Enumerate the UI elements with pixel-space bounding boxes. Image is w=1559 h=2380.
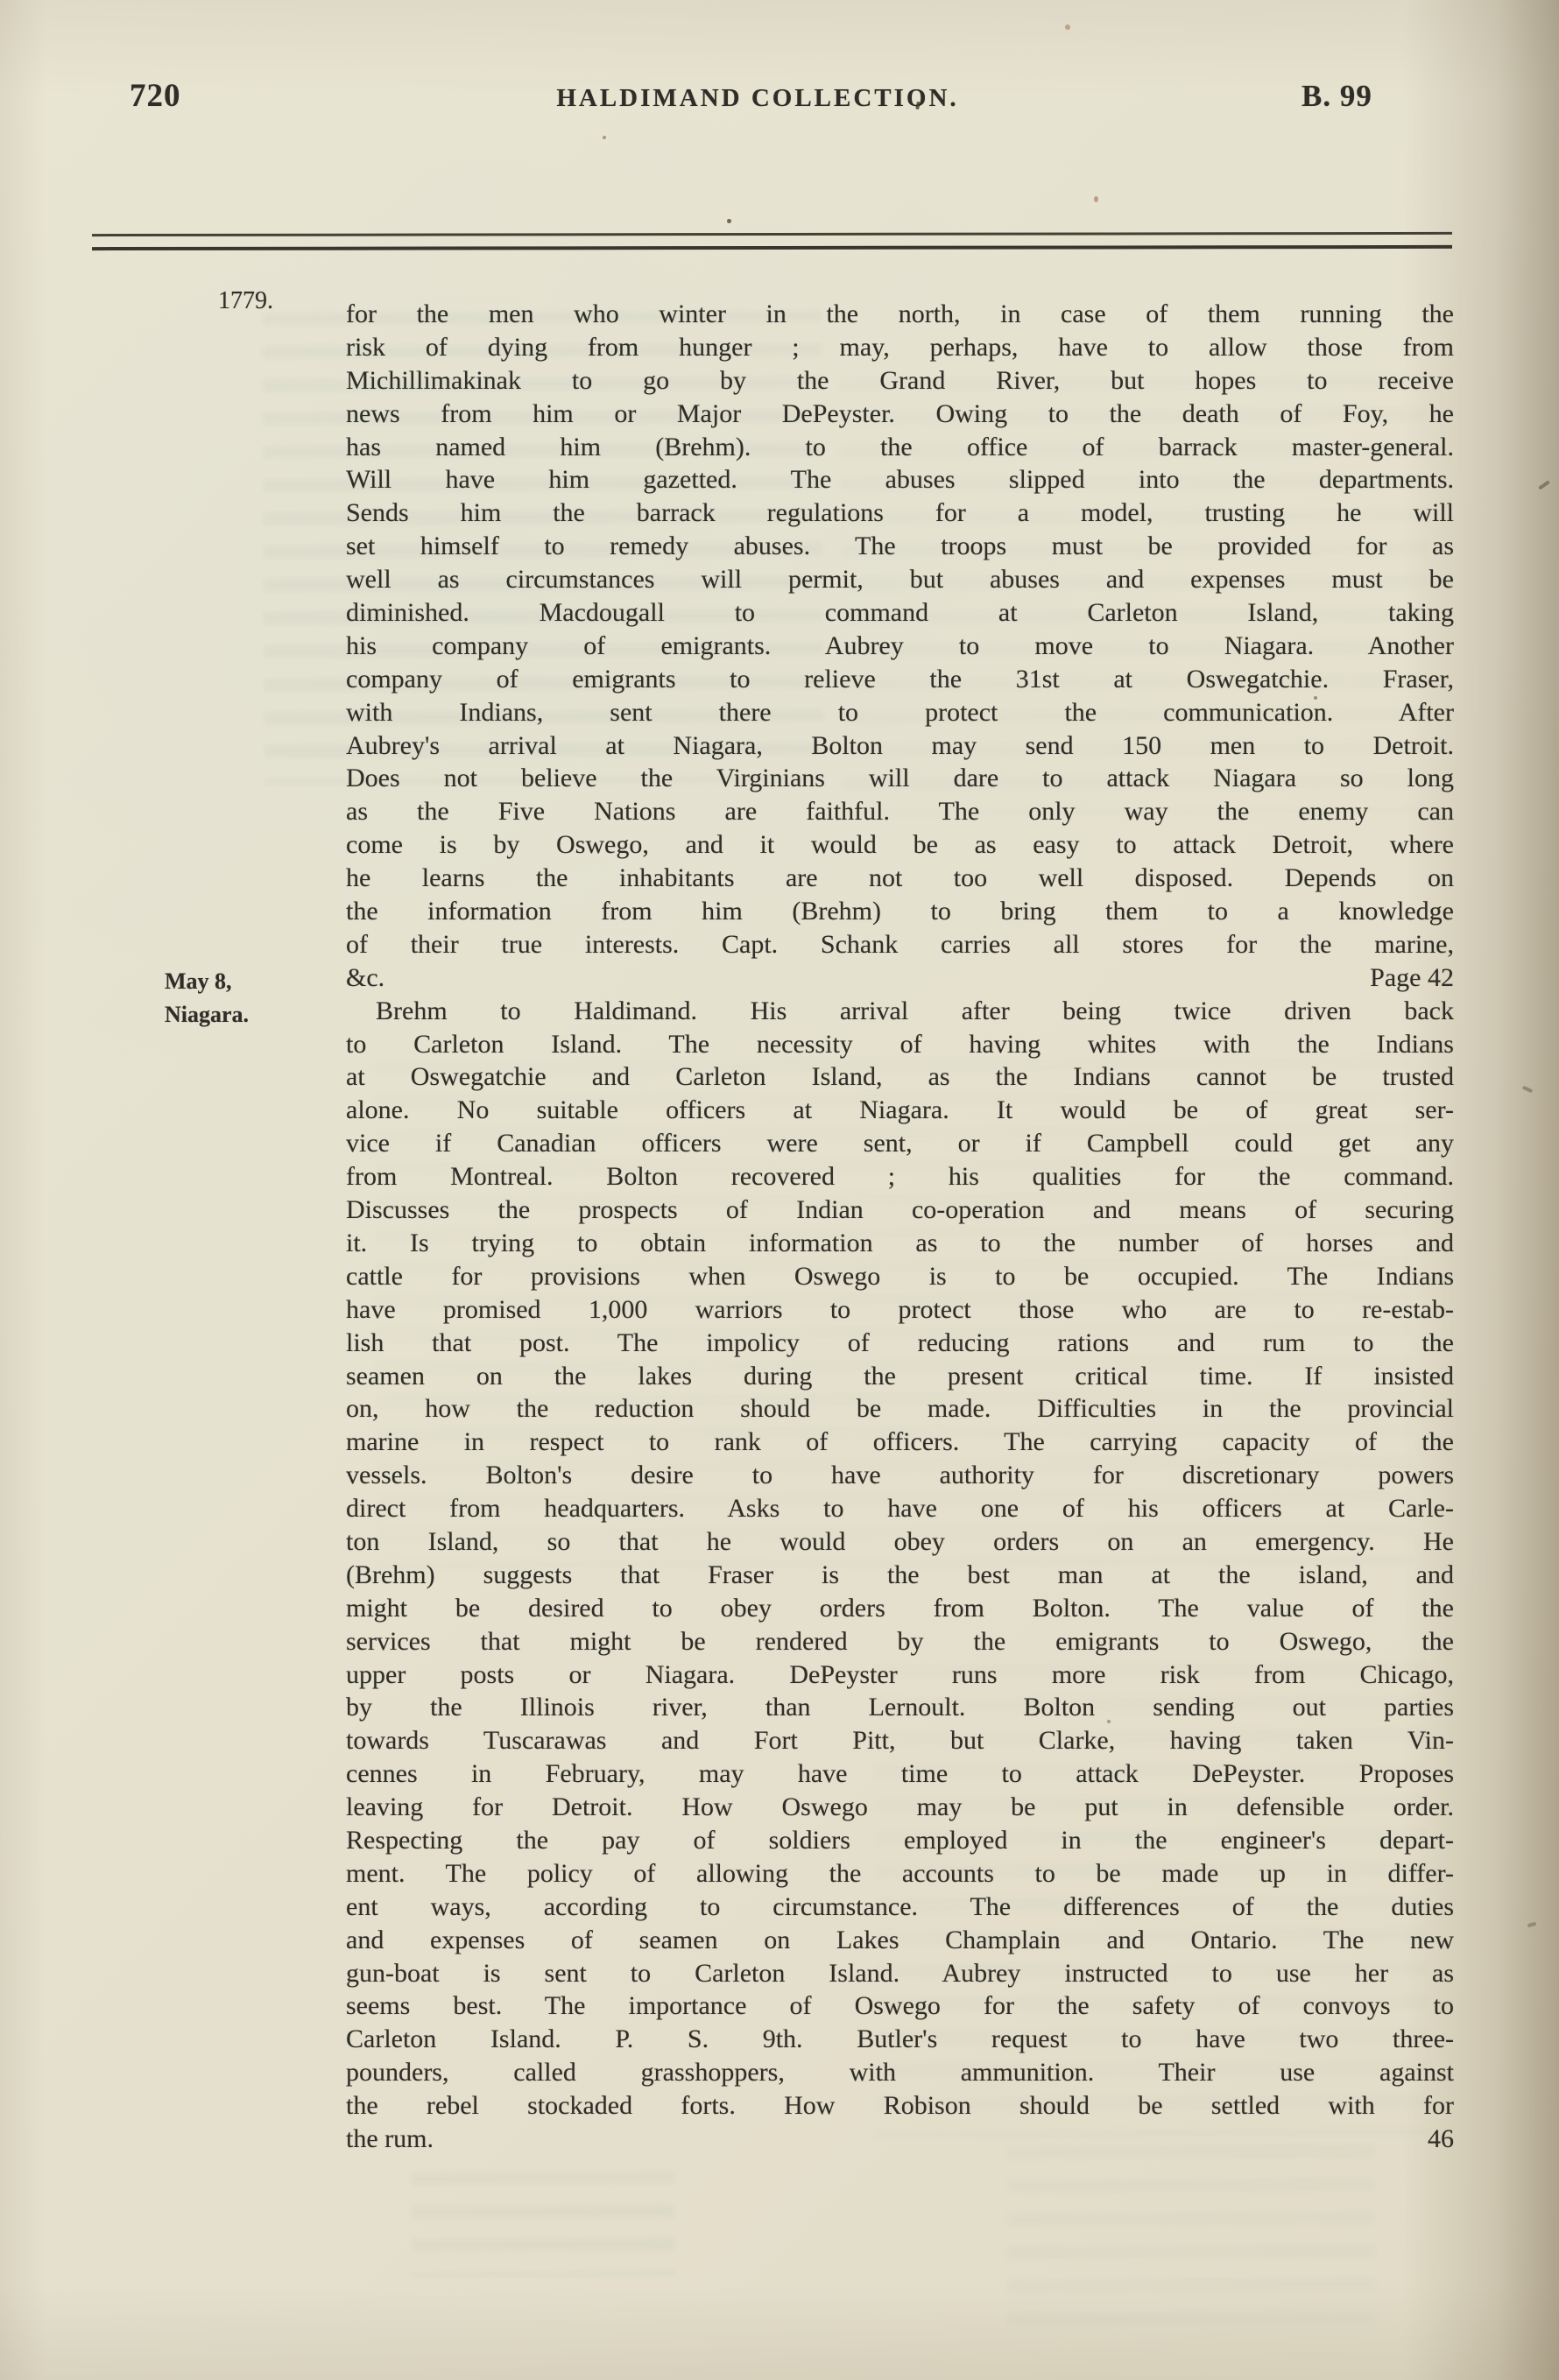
text-line: well as circumstances will permit, but a… [346,563,1454,596]
text-line: seems best. The importance of Oswego for… [346,1989,1454,2023]
paper-speck [1094,196,1098,202]
text-line: vessels. Bolton's desire to have authori… [346,1459,1454,1492]
text-line: alone. No suitable officers at Niagara. … [346,1094,1454,1127]
text-line: Carleton Island. P. S. 9th. Butler's req… [346,2023,1454,2056]
text-line: (Brehm) suggests that Fraser is the best… [346,1559,1454,1592]
paper-speck [603,136,606,139]
page-title: HALDIMAND COLLECTION. [0,84,1515,113]
source-page-reference: Page 42 [1370,961,1454,995]
text-line: leaving for Detroit. How Oswego may be p… [346,1791,1454,1824]
text-line: marine in respect to rank of officers. T… [346,1426,1454,1459]
text-line: his company of emigrants. Aubrey to move… [346,630,1454,663]
text-line: diminished. Macdougall to command at Car… [346,596,1454,630]
entry-end-line: the rum. 46 [346,2123,1454,2156]
text-line: Does not believe the Virginians will dar… [346,762,1454,795]
text-line: Brehm to Haldimand. His arrival after be… [346,995,1454,1028]
text-line: to Carleton Island. The necessity of hav… [346,1028,1454,1061]
paper-speck [1065,25,1070,30]
text-line: come is by Oswego, and it would be as ea… [346,828,1454,862]
header-rule [92,232,1452,250]
text-line: might be desired to obey orders from Bol… [346,1592,1454,1625]
entry-end-line: &c. Page 42 [346,961,1454,995]
margin-note-date: May 8, Niagara. [165,965,249,1032]
text-line: cattle for provisions when Oswego is to … [346,1260,1454,1293]
margin-note-date-line2: Niagara. [165,998,249,1032]
text-line: Respecting the pay of soldiers employed … [346,1824,1454,1857]
document-page: 720 HALDIMAND COLLECTION. B. 99 1779. Ma… [0,0,1559,2380]
text-line: with Indians, sent there to protect the … [346,696,1454,729]
text-line: and expenses of seamen on Lakes Champlai… [346,1924,1454,1957]
text-line: he learns the inhabitants are not too we… [346,862,1454,895]
source-page-reference: 46 [1428,2123,1454,2156]
text-line: services that might be rendered by the e… [346,1625,1454,1658]
margin-note-date-line1: May 8, [165,965,249,998]
text-line: ment. The policy of allowing the account… [346,1857,1454,1891]
text-line: has named him (Brehm). to the office of … [346,431,1454,464]
text-line: news from him or Major DePeyster. Owing … [346,398,1454,431]
text-line: Will have him gazetted. The abuses slipp… [346,463,1454,496]
text-line: upper posts or Niagara. DePeyster runs m… [346,1658,1454,1692]
verso-bleed-through [1006,2144,1375,2339]
text-line: company of emigrants to relieve the 31st… [346,663,1454,696]
text-line: Discusses the prospects of Indian co-ope… [346,1194,1454,1227]
text-line: lish that post. The impolicy of reducing… [346,1327,1454,1360]
text-line: Sends him the barrack regulations for a … [346,496,1454,530]
text-line: gun-boat is sent to Carleton Island. Aub… [346,1957,1454,1990]
calendar-entry-may8-niagara: Brehm to Haldimand. His arrival after be… [346,995,1454,2123]
text-line: vice if Canadian officers were sent, or … [346,1127,1454,1160]
text-line: cennes in February, may have time to att… [346,1757,1454,1791]
calendar-entry-1779: for the men who winter in the north, in … [346,298,1454,961]
text-line: risk of dying from hunger ; may, perhaps… [346,331,1454,364]
verso-bleed-through [412,2171,675,2278]
text-line: at Oswegatchie and Carleton Island, as t… [346,1060,1454,1094]
text-line: seamen on the lakes during the present c… [346,1360,1454,1393]
text-line: of their true interests. Capt. Schank ca… [346,928,1454,961]
margin-pen-mark [1527,1922,1537,1927]
text-line: towards Tuscarawas and Fort Pitt, but Cl… [346,1724,1454,1757]
margin-pen-mark [1522,1086,1534,1094]
text-line: ent ways, according to circumstance. The… [346,1891,1454,1924]
text-line: it. Is trying to obtain information as t… [346,1227,1454,1260]
text-line: direct from headquarters. Asks to have o… [346,1492,1454,1525]
text-line: by the Illinois river, than Lernoult. Bo… [346,1691,1454,1724]
text-line: have promised 1,000 warriors to protect … [346,1293,1454,1327]
margin-pen-mark [1538,480,1550,489]
text-line: Michillimakinak to go by the Grand River… [346,364,1454,398]
text-line: the rebel stockaded forts. How Robison s… [346,2089,1454,2123]
entry-end-text: the rum. [346,2123,434,2156]
paper-speck [727,219,731,223]
text-line: pounders, called grasshoppers, with ammu… [346,2056,1454,2089]
text-line: set himself to remedy abuses. The troops… [346,530,1454,563]
calendar-text-column: for the men who winter in the north, in … [346,298,1454,2156]
volume-reference: B. 99 [1302,79,1372,114]
text-line: from Montreal. Bolton recovered ; his qu… [346,1160,1454,1194]
text-line: as the Five Nations are faithful. The on… [346,795,1454,828]
text-line: ton Island, so that he would obey orders… [346,1525,1454,1559]
text-line: the information from him (Brehm) to brin… [346,895,1454,928]
text-line: Aubrey's arrival at Niagara, Bolton may … [346,729,1454,763]
text-line: for the men who winter in the north, in … [346,298,1454,331]
entry-end-text: &c. [346,961,384,995]
margin-note-year: 1779. [218,287,273,315]
text-line: on, how the reduction should be made. Di… [346,1392,1454,1426]
